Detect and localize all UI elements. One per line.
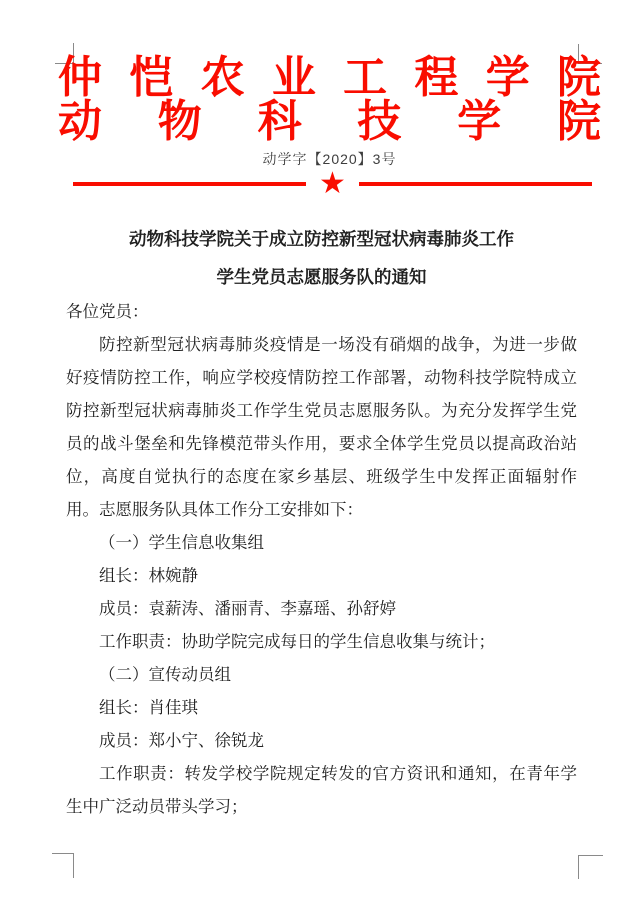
- letterhead-character: 学: [486, 56, 530, 100]
- letterhead-character: 仲: [58, 56, 102, 100]
- group-1-duty: 工作职责：协助学院完成每日的学生信息收集与统计；: [66, 626, 577, 659]
- letterhead-character: 科: [258, 100, 302, 144]
- intro-paragraph: 防控新型冠状病毒肺炎疫情是一场没有硝烟的战争，为进一步做好疫情防控工作，响应学校…: [66, 329, 577, 527]
- letterhead-character: 恺: [129, 56, 173, 100]
- document-body: 动物科技学院关于成立防控新型冠状病毒肺炎工作 学生党员志愿服务队的通知 各位党员…: [66, 220, 577, 824]
- red-divider-left-segment: [73, 182, 306, 186]
- notice-title-line-1: 动物科技学院关于成立防控新型冠状病毒肺炎工作: [66, 220, 577, 258]
- star-icon: ★: [319, 169, 346, 199]
- group-2-duty: 工作职责：转发学校学院规定转发的官方资讯和通知，在青年学生中广泛动员带头学习；: [66, 758, 577, 824]
- group-2-publicity: （二）宣传动员组 组长：肖佳琪 成员：郑小宁、徐锐龙 工作职责：转发学校学院规定…: [66, 659, 577, 824]
- letterhead-character: 院: [557, 56, 601, 100]
- group-2-members: 成员：郑小宁、徐锐龙: [66, 725, 577, 758]
- document-page: 仲恺农业工程学院 动物科技学院 动学字【2020】3号 ★ 动物科技学院关于成立…: [0, 0, 637, 904]
- crop-mark-bottom-left: [52, 853, 74, 878]
- letterhead-character: 物: [158, 100, 202, 144]
- letterhead: 仲恺农业工程学院 动物科技学院: [58, 56, 601, 144]
- letterhead-line-college: 动物科技学院: [58, 100, 601, 144]
- group-1-members: 成员：袁薪涛、潘丽青、李嘉瑶、孙舒婷: [66, 593, 577, 626]
- group-1-heading: （一）学生信息收集组: [66, 527, 577, 560]
- notice-title: 动物科技学院关于成立防控新型冠状病毒肺炎工作 学生党员志愿服务队的通知: [66, 220, 577, 296]
- letterhead-character: 院: [557, 100, 601, 144]
- group-1-info-collection: （一）学生信息收集组 组长：林婉静 成员：袁薪涛、潘丽青、李嘉瑶、孙舒婷 工作职…: [66, 527, 577, 659]
- letterhead-character: 业: [272, 56, 316, 100]
- letterhead-character: 农: [201, 56, 245, 100]
- document-number: 动学字【2020】3号: [58, 150, 601, 168]
- crop-mark-bottom-right: [578, 855, 603, 879]
- group-2-leader: 组长：肖佳琪: [66, 692, 577, 725]
- red-divider-right-segment: [359, 182, 592, 186]
- notice-title-line-2: 学生党员志愿服务队的通知: [66, 258, 577, 296]
- letterhead-character: 技: [357, 100, 401, 144]
- group-2-heading: （二）宣传动员组: [66, 659, 577, 692]
- salutation: 各位党员：: [66, 296, 577, 329]
- letterhead-line-university: 仲恺农业工程学院: [58, 56, 601, 100]
- group-1-leader: 组长：林婉静: [66, 560, 577, 593]
- letterhead-character: 学: [457, 100, 501, 144]
- letterhead-character: 动: [58, 100, 102, 144]
- letterhead-character: 工: [343, 56, 387, 100]
- red-divider: ★: [73, 169, 592, 199]
- letterhead-character: 程: [414, 56, 458, 100]
